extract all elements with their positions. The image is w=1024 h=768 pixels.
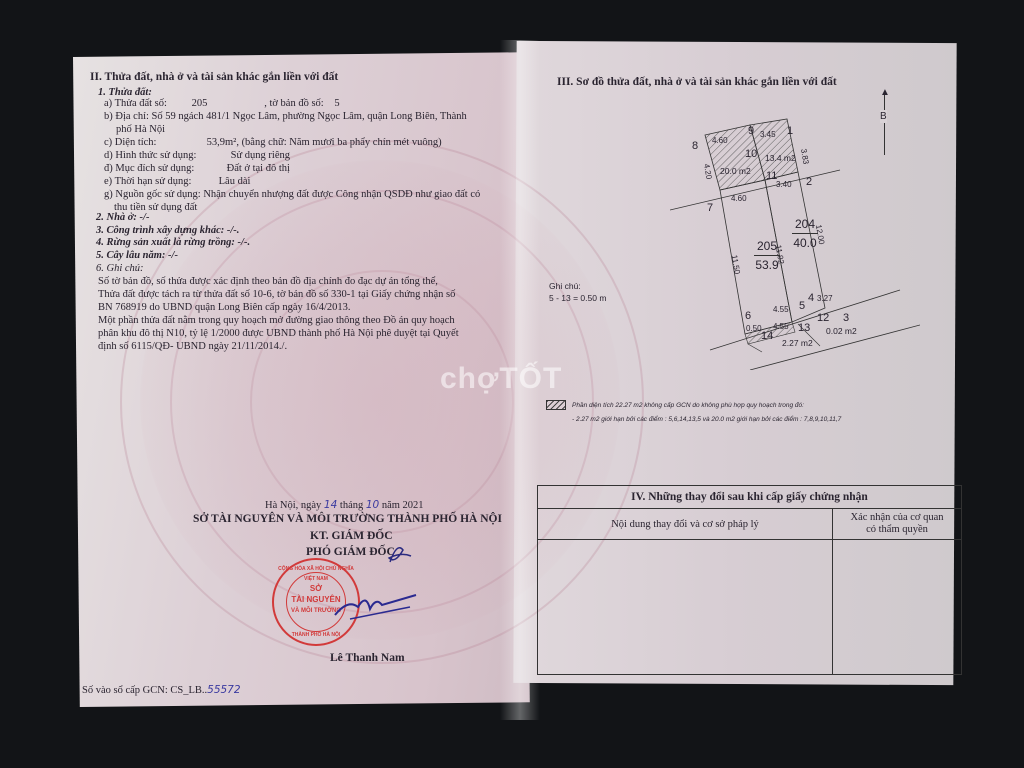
purpose-row: đ) Mục đích sử dụng: Đất ở tại đô thị [104, 162, 290, 175]
origin-label: g) Nguồn gốc sử dụng: [104, 189, 201, 200]
parcel-row: a) Thửa đất số: 205 , tờ bản đồ số: 5 [104, 97, 340, 110]
house-item: 2. Nhà ở: -/- [96, 211, 149, 224]
edge-7-11: 4.60 [731, 192, 747, 205]
edge-1-2: 3.83 [797, 148, 813, 166]
hatch-legend-swatch [546, 400, 566, 410]
edge-8-9: 4.60 [712, 134, 728, 147]
origin-line-1: Nhận chuyển nhượng đất được Công nhận QS… [203, 189, 480, 200]
signer-title-2: PHÓ GIÁM ĐỐC [306, 546, 395, 559]
parcel-204-number: 204 [790, 218, 820, 231]
point-5: 5 [799, 300, 805, 313]
registry-number: Số vào sổ cấp GCN: CS_LB..55572 [82, 684, 241, 697]
map-label: , tờ bản đồ số: [264, 98, 324, 109]
address-label: b) Địa chỉ: [104, 111, 149, 122]
point-1: 1 [787, 125, 793, 138]
section-2-title: II. Thửa đất, nhà ở và tài sản khác gắn … [90, 71, 338, 84]
point-14: 14 [761, 330, 773, 343]
edge-11-2: 3.40 [776, 178, 792, 191]
registry-label: Số vào sổ cấp GCN: CS_LB.. [82, 685, 207, 696]
date-month: 10 [366, 499, 379, 511]
area-row: c) Diện tích: 53,9m², (bằng chữ: Năm mươ… [104, 136, 442, 149]
section-3-title: III. Sơ đồ thửa đất, nhà ở và tài sản kh… [557, 76, 837, 89]
initial-signature [385, 540, 415, 570]
point-7: 7 [707, 202, 713, 215]
parcel-204-divider [792, 233, 818, 234]
legend-line-2: - 2.27 m2 giới hạn bởi các điểm : 5,6,14… [572, 413, 841, 426]
column-authority-confirmation: Xác nhận của cơ quan có thẩm quyền [833, 509, 962, 540]
map-number: 5 [326, 98, 339, 109]
parcel-205-divider [754, 255, 780, 256]
area-value: 53,9m², (bằng chữ: Năm mươi ba phẩy chín… [207, 137, 442, 148]
term-value: Lâu dài [219, 176, 251, 187]
change-content-cell [538, 540, 833, 675]
section-4-title: IV. Những thay đổi sau khi cấp giấy chứn… [538, 486, 962, 509]
stamp-bottom-text: THÀNH PHỐ HÀ NỘI [274, 630, 358, 640]
date-year: năm 2021 [382, 500, 424, 511]
purpose-label: đ) Mục đích sử dụng: [104, 162, 224, 175]
registry-value: 55572 [207, 684, 240, 696]
col2-line-1: Xác nhận của cơ quan [835, 512, 959, 524]
address-line-1: Số 59 ngách 481/1 Ngọc Lâm, phường Ngọc … [152, 111, 467, 122]
north-arrow-head-icon: ▲ [880, 86, 890, 99]
term-label: e) Thời hạn sử dụng: [104, 175, 216, 188]
usage-form-value: Sử dụng riêng [231, 150, 290, 161]
signer-title-1: KT. GIÁM ĐỐC [310, 530, 393, 543]
hatched-area-0: 0.02 m2 [826, 325, 857, 338]
address-row: b) Địa chỉ: Số 59 ngách 481/1 Ngọc Lâm, … [104, 110, 467, 123]
usage-form-label: d) Hình thức sử dụng: [104, 149, 228, 162]
col2-line-2: có thẩm quyền [835, 524, 959, 536]
parcel-204-area: 40.0 [790, 237, 820, 250]
parcel-label: a) Thửa đất số: [104, 98, 167, 109]
edge-9-1: 3.45 [760, 128, 776, 141]
date-day: 14 [324, 499, 337, 511]
point-9: 9 [748, 125, 754, 138]
edge-6-14: 0.50 [746, 322, 762, 335]
note-line-6: định số 6115/QĐ- UBND ngày 21/11/2014./. [98, 340, 287, 353]
point-2: 2 [806, 176, 812, 189]
edge-4-3: 3.27 [817, 292, 833, 305]
perennial-item: 5. Cây lâu năm: -/- [96, 249, 178, 262]
address-line-2: phố Hà Nội [116, 123, 165, 136]
note-line-1: Số tờ bản đồ, số thửa được xác định theo… [98, 275, 438, 288]
legend-text-1: Phần diện tích 22.27 m2 không cấp GCN do… [572, 402, 804, 409]
hatched-area-20: 20.0 m2 [720, 165, 751, 178]
chotot-watermark: chợTỐT [440, 362, 562, 396]
note-line-5: phân khu đô thị N10, tỷ lệ 1/2000 được U… [98, 327, 459, 340]
date-month-label: tháng [340, 500, 363, 511]
sketch-note-value: 5 - 13 = 0.50 m [549, 292, 606, 305]
changes-table: IV. Những thay đổi sau khi cấp giấy chứn… [537, 485, 962, 675]
point-13: 13 [798, 322, 810, 335]
hatched-area-13: 13.4 m2 [765, 152, 796, 165]
main-signature [330, 585, 420, 625]
parcel-205-number: 205 [752, 240, 782, 253]
hatched-area-2: 2.27 m2 [782, 337, 813, 350]
notes-title: 6. Ghi chú: [96, 262, 144, 275]
point-12: 12 [817, 312, 829, 325]
term-row: e) Thời hạn sử dụng: Lâu dài [104, 175, 250, 188]
issuing-agency: SỞ TÀI NGUYÊN VÀ MÔI TRƯỜNG THÀNH PHỐ HÀ… [193, 513, 502, 526]
edge-8-7: 4.20 [700, 163, 716, 181]
note-line-2: Thửa đất được tách ra từ thửa đất số 10-… [98, 288, 455, 301]
issue-date: Hà Nội, ngày 14 tháng 10 năm 2021 [265, 499, 424, 512]
origin-row: g) Nguồn gốc sử dụng: Nhận chuyển nhượng… [104, 188, 480, 201]
area-label: c) Diện tích: [104, 136, 204, 149]
point-8: 8 [692, 140, 698, 153]
point-4: 4 [808, 292, 814, 305]
signer-name: Lê Thanh Nam [330, 652, 405, 665]
date-prefix: Hà Nội, ngày [265, 500, 321, 511]
note-line-4: Một phần thửa đất nằm trong quy hoạch mở… [98, 314, 455, 327]
legend-line-1: Phần diện tích 22.27 m2 không cấp GCN do… [546, 399, 804, 412]
parcel-205-area: 53.9 [752, 259, 782, 272]
usage-form-row: d) Hình thức sử dụng: Sử dụng riêng [104, 149, 290, 162]
column-change-content: Nội dung thay đổi và cơ sở pháp lý [538, 509, 833, 540]
stamp-top-text: CỘNG HÒA XÃ HỘI CHỦ NGHĨA VIỆT NAM [274, 564, 358, 584]
authority-confirmation-cell [833, 540, 962, 675]
edge-14-13: 4.55 [773, 320, 789, 333]
forest-item: 4. Rừng sản xuất là rừng trồng: -/-. [96, 236, 250, 249]
point-10: 10 [745, 148, 757, 161]
parcel-number: 205 [170, 97, 262, 110]
edge-6-5: 4.55 [773, 303, 789, 316]
note-line-3: BN 768919 do UBND quận Long Biên cấp ngà… [98, 301, 351, 314]
point-3: 3 [843, 312, 849, 325]
purpose-value: Đất ở tại đô thị [227, 163, 290, 174]
